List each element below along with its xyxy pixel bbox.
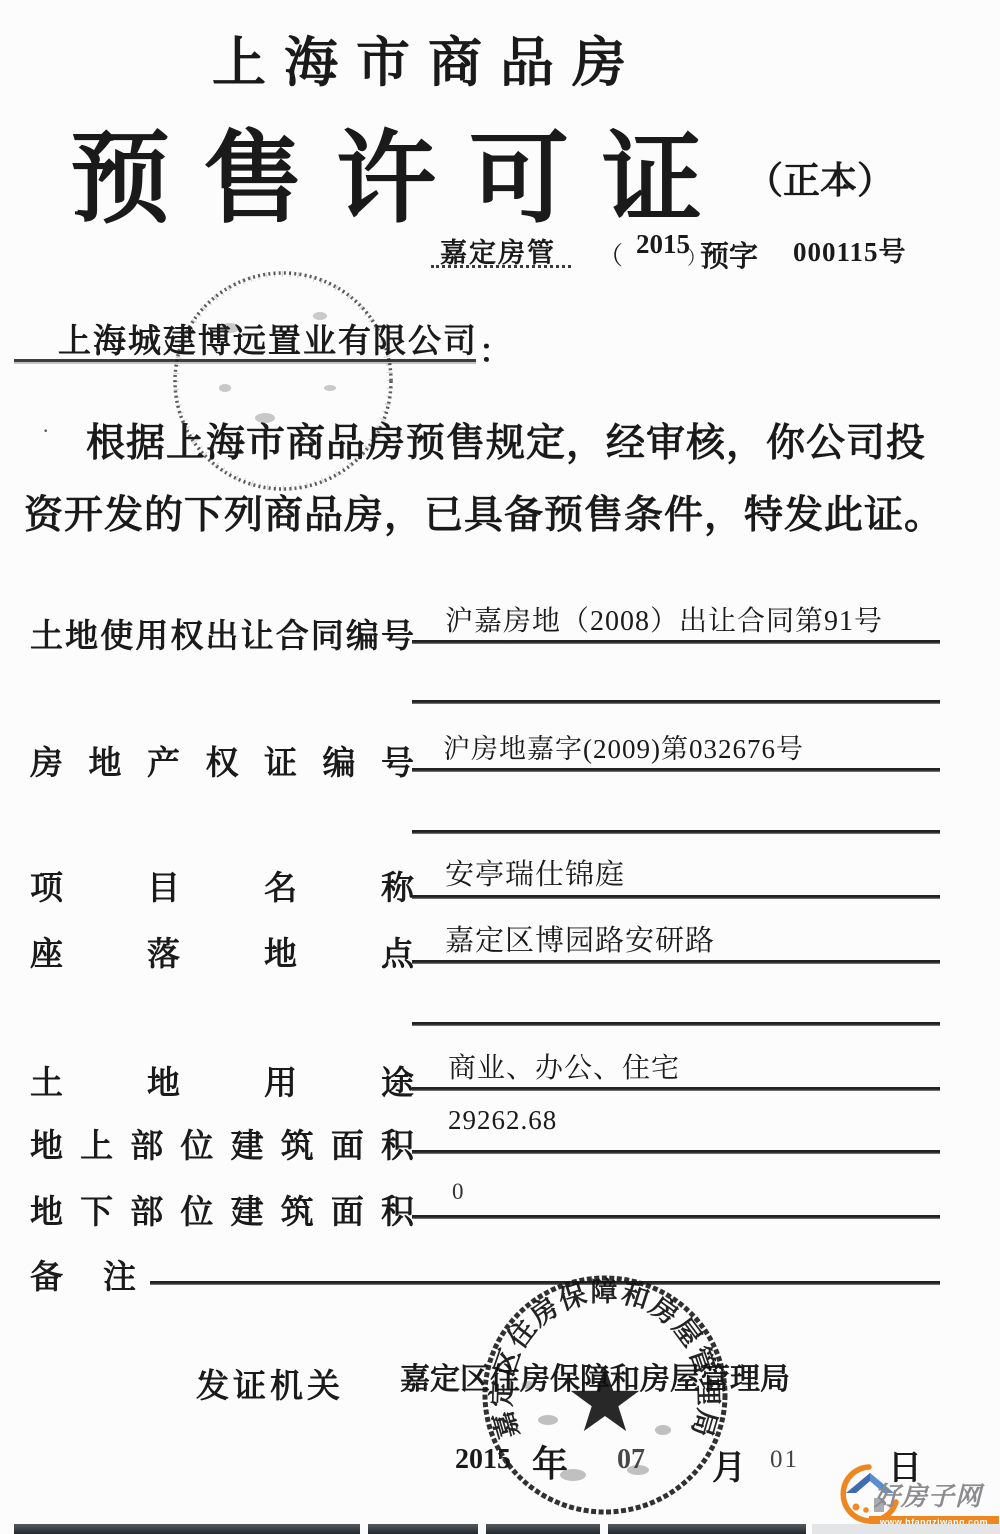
field-underline <box>412 1087 940 1091</box>
doc-title-line1: 上海市商品房 <box>212 20 644 97</box>
field-label-land-use: 土地用途 <box>30 1057 414 1104</box>
field-value-property-cert-no: 沪房地嘉字(2009)第032676号 <box>443 727 804 766</box>
company-colon: ： <box>479 326 511 372</box>
field-underline-blank <box>412 1022 940 1026</box>
field-underline <box>412 960 940 964</box>
company-name: 上海城建博远置业有限公司 <box>58 315 478 362</box>
date-year-unit: 年 <box>532 1436 568 1487</box>
body-paragraph-line2: 资开发的下列商品房，已具备预售条件，特发此证。 <box>24 484 944 540</box>
scan-edge-strip <box>608 1524 806 1534</box>
date-month-unit: 月 <box>712 1440 746 1489</box>
field-underline <box>412 640 940 644</box>
date-month: 07 <box>617 1444 645 1476</box>
field-label-below-ground-area: 地下部位建筑面积 <box>30 1186 414 1233</box>
scan-edge-strip <box>368 1524 478 1534</box>
permit-year: 2015 <box>636 229 690 260</box>
field-value-project-name: 安亭瑞仕锦庭 <box>445 852 625 893</box>
field-value-land-use: 商业、办公、住宅 <box>448 1046 680 1086</box>
field-label-land-contract-no: 土地使用权出让合同编号 <box>30 610 414 657</box>
field-underline-blank <box>412 700 940 704</box>
doc-copy-type: （正本） <box>746 150 894 204</box>
doc-title-line2: 预售许可证 <box>70 98 735 242</box>
field-value-location: 嘉定区博园路安研路 <box>445 918 715 959</box>
field-value-below-ground-area: 0 <box>452 1179 465 1205</box>
date-day: 01 <box>770 1446 799 1474</box>
field-label-location: 座落地点 <box>30 928 414 975</box>
field-underline <box>412 768 940 772</box>
permit-serial-number: 000115号 <box>793 230 907 269</box>
field-label-project-name: 项目名称 <box>30 862 414 909</box>
presale-permit-document: 上海市商品房 预售许可证 （正本） 嘉定房管 （ 2015 ） 预字 00011… <box>0 0 1000 1534</box>
field-underline <box>412 1150 940 1154</box>
field-label-property-cert-no: 房地产权证编号 <box>30 737 414 784</box>
field-label-remarks: 备注 <box>30 1251 136 1298</box>
body-paragraph-line1: 根据上海市商品房预售规定，经审核，你公司投 <box>86 412 926 468</box>
field-underline-blank <box>412 830 940 834</box>
scan-edge-strip <box>486 1524 600 1534</box>
issuing-authority-label: 发证机关 <box>196 1360 344 1407</box>
permit-issuer-dotted-underline <box>431 262 571 268</box>
field-underline <box>412 895 940 899</box>
field-value-land-contract-no: 沪嘉房地（2008）出让合同第91号 <box>445 599 883 639</box>
permit-type-word: 预字 <box>700 234 758 275</box>
field-value-above-ground-area: 29262.68 <box>448 1105 557 1136</box>
field-underline-remarks <box>150 1281 940 1285</box>
company-underline <box>14 359 476 362</box>
date-year: 2015 <box>455 1444 511 1476</box>
stray-dot-mark: · <box>42 418 49 444</box>
issuing-authority-value: 嘉定区住房保障和房屋管理局 <box>400 1354 790 1398</box>
scan-edge-strip <box>14 1524 360 1534</box>
field-label-above-ground-area: 地上部位建筑面积 <box>30 1120 414 1167</box>
scan-edge-strip-light <box>812 1524 1000 1534</box>
field-underline <box>412 1215 940 1219</box>
permit-open-paren: （ <box>598 236 623 272</box>
watermark-site-name: 好房子网 <box>874 1476 982 1513</box>
